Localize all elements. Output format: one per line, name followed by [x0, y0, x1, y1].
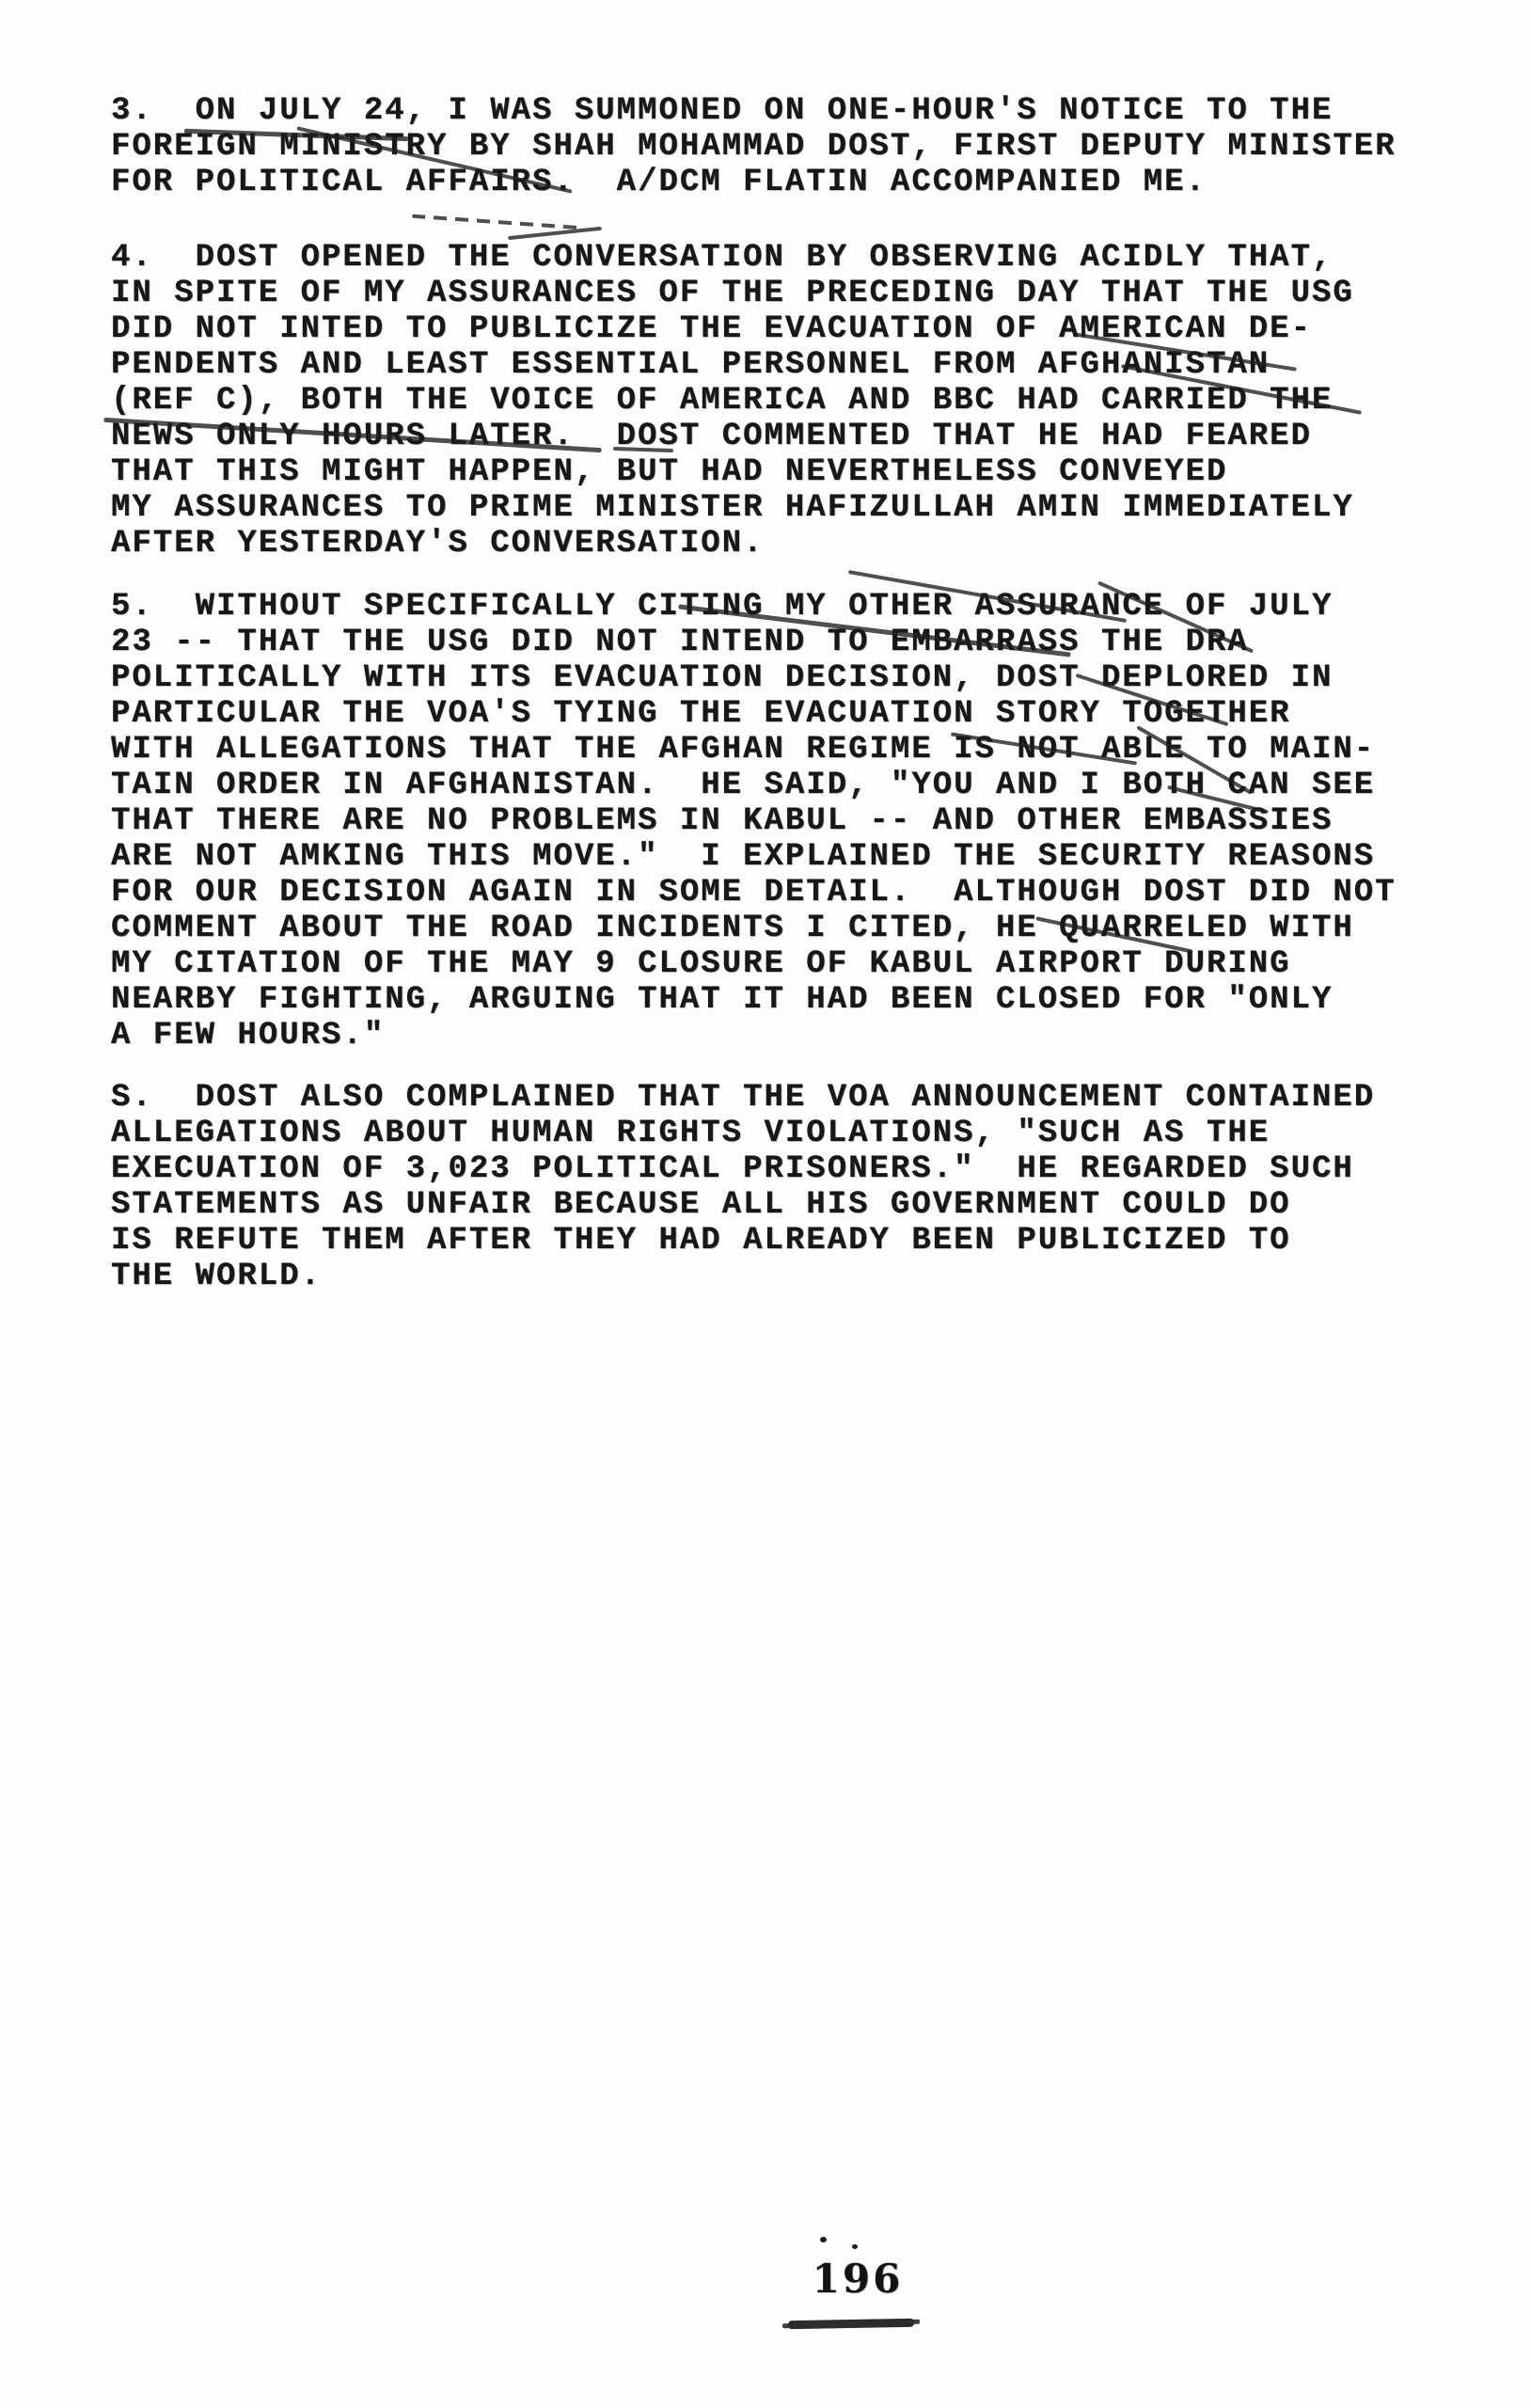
- paragraph-6: S. DOST ALSO COMPLAINED THAT THE VOA ANN…: [111, 1080, 1465, 1294]
- scanned-document-page: 3. ON JULY 24, I WAS SUMMONED ON ONE-HOU…: [0, 0, 1531, 2408]
- pen-mark-dashed-underline-mohammad: [412, 214, 581, 230]
- paragraph-4: 4. DOST OPENED THE CONVERSATION BY OBSER…: [111, 240, 1465, 562]
- paragraph-3: 3. ON JULY 24, I WAS SUMMONED ON ONE-HOU…: [111, 93, 1465, 200]
- page-number: 196: [799, 2256, 916, 2302]
- ink-speck: [820, 2237, 827, 2242]
- ink-smudge-under-page-number: [788, 2319, 914, 2329]
- pen-mark-squiggle-above-conversation: [508, 227, 602, 240]
- paragraph-5: 5. WITHOUT SPECIFICALLY CITING MY OTHER …: [111, 589, 1465, 1053]
- ink-speck: [852, 2244, 858, 2249]
